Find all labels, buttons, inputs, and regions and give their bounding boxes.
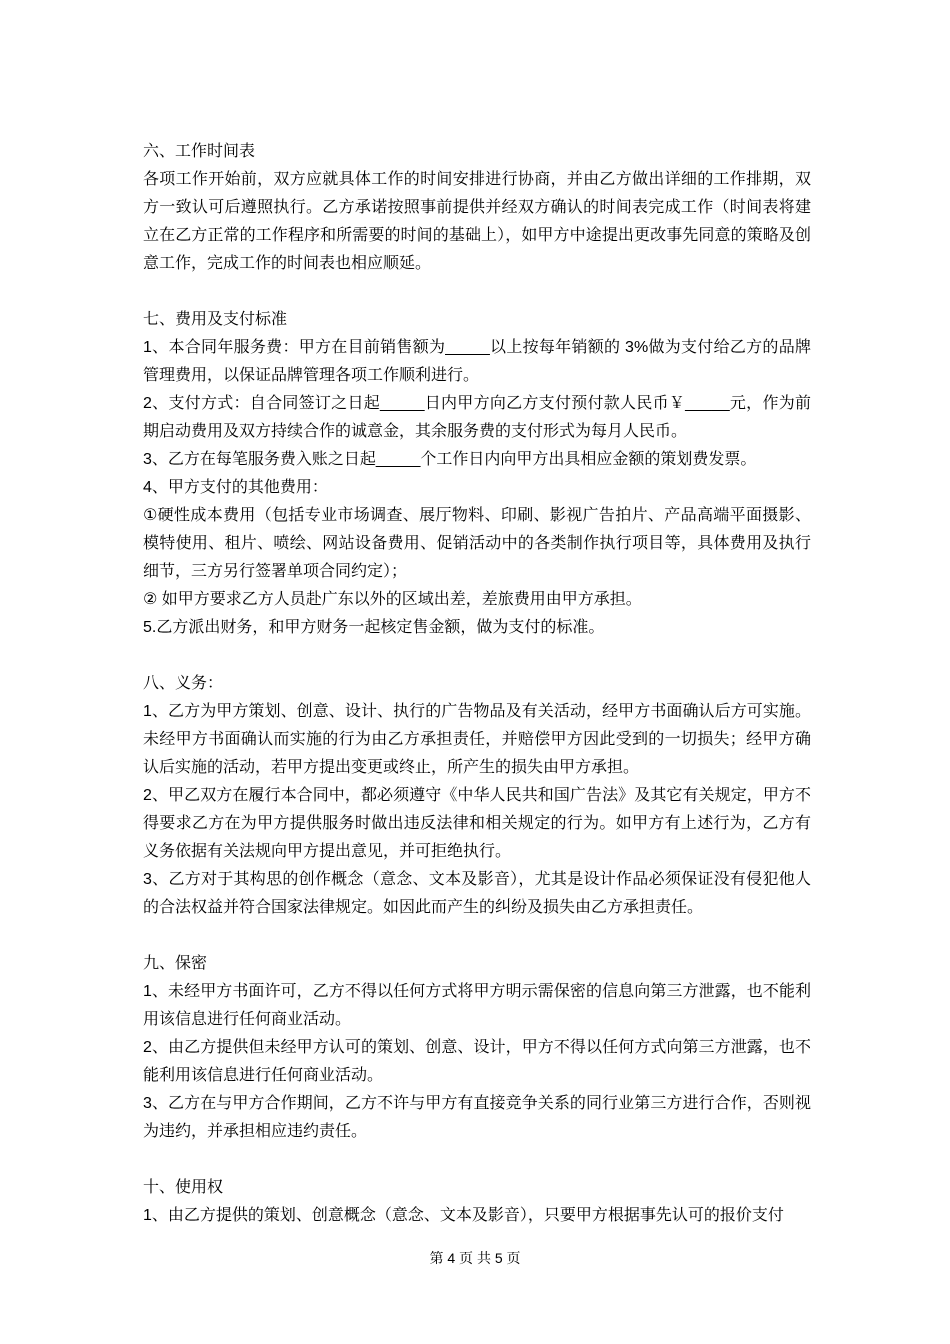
section-7-item-3: 3、乙方在每笔服务费入账之日起_____个工作日内向甲方出具相应金额的策划费发票… (143, 446, 811, 474)
section-6-paragraph-1: 各项工作开始前，双方应就具体工作的时间安排进行协商，并由乙方做出详细的工作排期，… (143, 166, 811, 278)
section-7-item-2: 2、支付方式：自合同签订之日起_____日内甲方向乙方支付预付款人民币￥____… (143, 390, 811, 446)
section-6-heading: 六、工作时间表 (143, 138, 811, 166)
section-10-heading: 十、使用权 (143, 1174, 811, 1202)
section-9-heading: 九、保密 (143, 950, 811, 978)
section-8-item-2: 2、甲乙双方在履行本合同中，都必须遵守《中华人民共和国广告法》及其它有关规定，甲… (143, 782, 811, 866)
section-10-item-1: 1、由乙方提供的策划、创意概念（意念、文本及影音），只要甲方根据事先认可的报价支… (143, 1202, 811, 1230)
section-7-heading: 七、费用及支付标准 (143, 306, 811, 334)
section-6-work-schedule: 六、工作时间表 各项工作开始前，双方应就具体工作的时间安排进行协商，并由乙方做出… (143, 138, 811, 278)
section-7-item-4-sub-2: ② 如甲方要求乙方人员赴广东以外的区域出差，差旅费用由甲方承担。 (143, 586, 811, 614)
page-footer: 第 4 页 共 5 页 (0, 1248, 950, 1268)
section-9-item-3: 3、乙方在与甲方合作期间，乙方不许与甲方有直接竞争关系的同行业第三方进行合作，否… (143, 1090, 811, 1146)
document-page: 六、工作时间表 各项工作开始前，双方应就具体工作的时间安排进行协商，并由乙方做出… (0, 0, 950, 1344)
section-7-item-4-sub-1: ①硬性成本费用（包括专业市场调查、展厅物料、印刷、影视广告拍片、产品高端平面摄影… (143, 502, 811, 586)
section-7-fees-payment: 七、费用及支付标准 1、本合同年服务费：甲方在目前销售额为_____以上按每年销… (143, 306, 811, 642)
section-7-item-4: 4、甲方支付的其他费用： (143, 474, 811, 502)
section-9-confidentiality: 九、保密 1、未经甲方书面许可，乙方不得以任何方式将甲方明示需保密的信息向第三方… (143, 950, 811, 1146)
section-8-obligations: 八、义务： 1、乙方为甲方策划、创意、设计、执行的广告物品及有关活动，经甲方书面… (143, 670, 811, 922)
section-8-item-1: 1、乙方为甲方策划、创意、设计、执行的广告物品及有关活动，经甲方书面确认后方可实… (143, 698, 811, 782)
section-7-item-1: 1、本合同年服务费：甲方在目前销售额为_____以上按每年销额的 3%做为支付给… (143, 334, 811, 390)
contract-body: 六、工作时间表 各项工作开始前，双方应就具体工作的时间安排进行协商，并由乙方做出… (143, 138, 811, 1230)
section-9-item-2: 2、由乙方提供但未经甲方认可的策划、创意、设计，甲方不得以任何方式向第三方泄露，… (143, 1034, 811, 1090)
section-9-item-1: 1、未经甲方书面许可，乙方不得以任何方式将甲方明示需保密的信息向第三方泄露，也不… (143, 978, 811, 1034)
section-10-usage-rights: 十、使用权 1、由乙方提供的策划、创意概念（意念、文本及影音），只要甲方根据事先… (143, 1174, 811, 1230)
section-7-item-5: 5.乙方派出财务，和甲方财务一起核定售金额，做为支付的标准。 (143, 614, 811, 642)
section-8-heading: 八、义务： (143, 670, 811, 698)
section-8-item-3: 3、乙方对于其构思的创作概念（意念、文本及影音），尤其是设计作品必须保证没有侵犯… (143, 866, 811, 922)
